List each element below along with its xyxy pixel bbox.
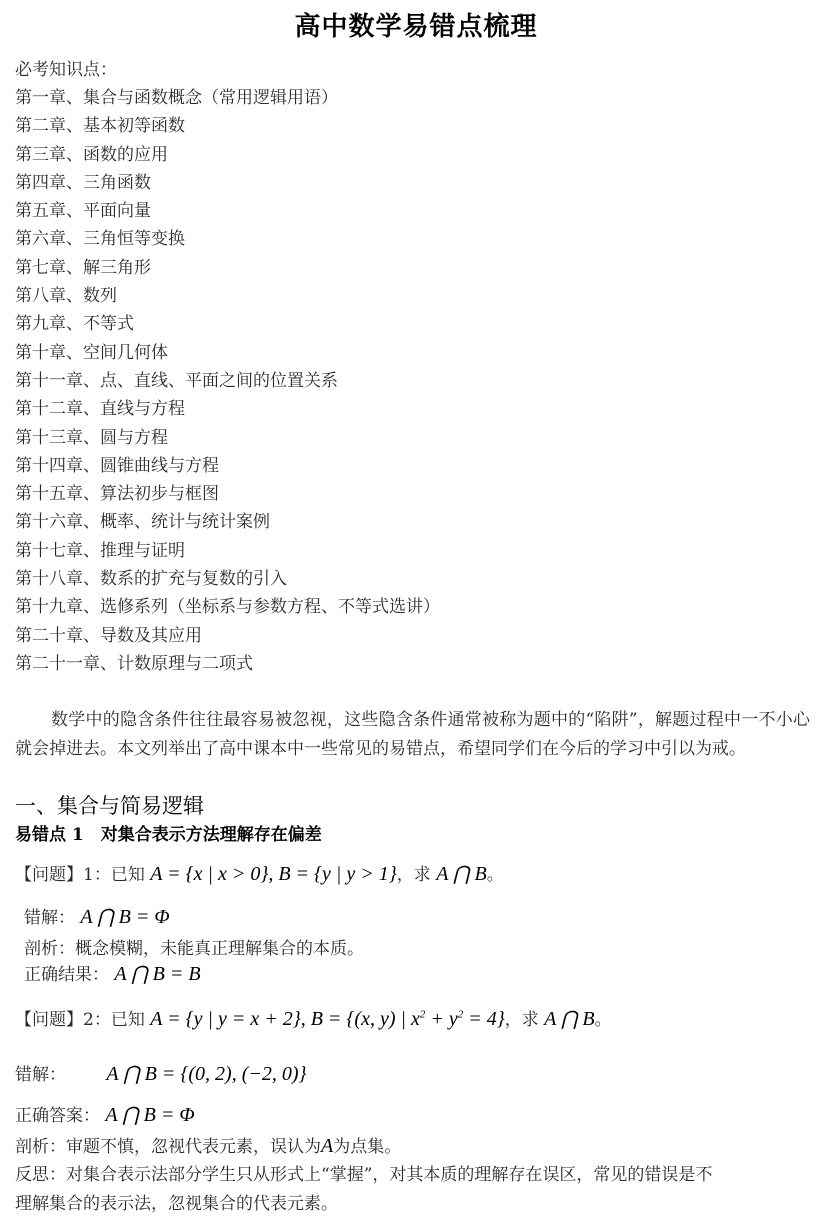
chapter-item: 第二章、基本初等函数 <box>15 112 440 140</box>
chapter-item: 第十八章、数系的扩充与复数的引入 <box>15 565 440 593</box>
chapter-item: 第十六章、概率、统计与统计案例 <box>15 508 440 536</box>
problem-2-reflection-continued: 理解集合的表示法，忽视集合的代表元素。 <box>15 1189 338 1214</box>
problem-2-reflection: 反思：对集合表示法部分学生只从形式上“掌握”，对其本质的理解存在误区，常见的错误… <box>15 1160 712 1185</box>
problem-2-correct-answer: 正确答案： A ⋂ B = Φ <box>15 1101 195 1127</box>
chapter-item: 第十五章、算法初步与框图 <box>15 480 440 508</box>
math-expression: A ⋂ B <box>544 1008 594 1030</box>
intro-label: 必考知识点： <box>15 56 117 84</box>
problem-1-statement: 【问题】1：已知 A = {x | x > 0}, B = {y | y > 1… <box>15 860 504 886</box>
chapter-item: 第十二章、直线与方程 <box>15 395 440 423</box>
chapter-item: 第十章、空间几何体 <box>15 339 440 367</box>
chapter-item: 第五章、平面向量 <box>15 197 440 225</box>
chapter-list: 第一章、集合与函数概念（常用逻辑用语） 第二章、基本初等函数 第三章、函数的应用… <box>15 84 440 678</box>
chapter-item: 第一章、集合与函数概念（常用逻辑用语） <box>15 84 440 112</box>
chapter-item: 第十一章、点、直线、平面之间的位置关系 <box>15 367 440 395</box>
math-expression: A ⋂ B = Φ <box>80 906 169 928</box>
problem-1-analysis: 剖析：概念模糊，未能真正理解集合的本质。 <box>24 934 364 959</box>
math-expression: A ⋂ B = B <box>114 963 200 985</box>
chapter-item: 第九章、不等式 <box>15 310 440 338</box>
chapter-item: 第十三章、圆与方程 <box>15 424 440 452</box>
subsection-heading: 易错点 1 对集合表示方法理解存在偏差 <box>15 820 322 845</box>
math-expression: A = {x | x > 0}, B = {y | y > 1} <box>150 863 397 885</box>
chapter-item: 第十九章、选修系列（坐标系与参数方程、不等式选讲） <box>15 593 440 621</box>
chapter-item: 第三章、函数的应用 <box>15 141 440 169</box>
page-title: 高中数学易错点梳理 <box>0 6 832 43</box>
math-expression: A ⋂ B = {(0, 2), (−2, 0)} <box>106 1063 306 1085</box>
math-expression: A ⋂ B = Φ <box>105 1104 194 1126</box>
math-expression: A = {y | y = x + 2}, B = {(x, y) | x2 + … <box>150 1008 505 1030</box>
chapter-item: 第七章、解三角形 <box>15 254 440 282</box>
problem-2-wrong-solution: 错解： A ⋂ B = {(0, 2), (−2, 0)} <box>15 1060 307 1086</box>
chapter-item: 第二十章、导数及其应用 <box>15 622 440 650</box>
chapter-item: 第六章、三角恒等变换 <box>15 225 440 253</box>
math-expression: A ⋂ B <box>436 863 486 885</box>
chapter-item: 第十七章、推理与证明 <box>15 537 440 565</box>
chapter-item: 第十四章、圆锥曲线与方程 <box>15 452 440 480</box>
problem-1-wrong-solution: 错解： A ⋂ B = Φ <box>24 903 170 929</box>
chapter-item: 第二十一章、计数原理与二项式 <box>15 650 440 678</box>
problem-2-analysis: 剖析：审题不慎，忽视代表元素，误认为A为点集。 <box>15 1132 401 1158</box>
chapter-item: 第四章、三角函数 <box>15 169 440 197</box>
intro-paragraph: 数学中的隐含条件往往最容易被忽视，这些隐含条件通常被称为题中的“陷阱”，解题过程… <box>15 706 810 764</box>
section-heading: 一、集合与简易逻辑 <box>15 790 204 820</box>
problem-2-statement: 【问题】2：已知 A = {y | y = x + 2}, B = {(x, y… <box>15 1005 612 1031</box>
chapter-item: 第八章、数列 <box>15 282 440 310</box>
problem-1-correct-result: 正确结果： A ⋂ B = B <box>24 960 201 986</box>
